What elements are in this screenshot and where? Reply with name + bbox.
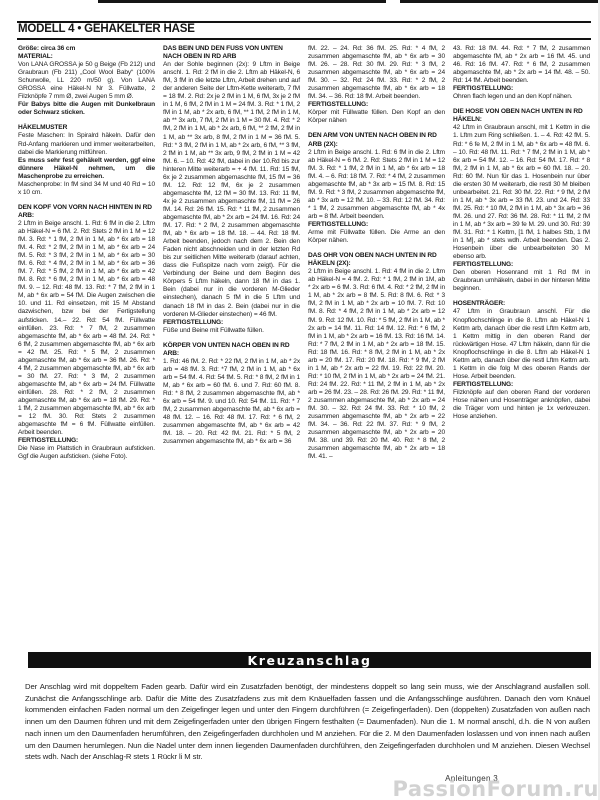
instruction-paragraph: 2 Lftm in Beige anschl. 1. Rd: 4 fM in d… [308,268,445,461]
section-heading: HÄKELMUSTER [18,124,155,132]
paragraph-spacer [308,245,445,252]
columns: Größe: circa 36 cmMATERIAL:Von LANA GROS… [18,45,592,461]
instruction-paragraph: 1. Rd: 46 fM. 2. Rd: * 22 fM, 2 fM in 1 … [163,358,300,447]
text-column-2: DAS BEIN UND DEN FUSS VON UNTEN NACH OBE… [163,45,300,461]
section-heading: FERTIGSTELLUNG: [453,381,590,389]
instruction-paragraph: Größe: circa 36 cm [18,45,155,53]
section-heading: FERTIGSTELLUNG: [308,101,445,109]
section-heading: FERTIGSTELLUNG: [453,85,590,93]
instruction-paragraph: Ohren flach legen und an den Kopf nähen. [453,93,590,101]
section-heading: DEN KOPF VON VORN NACH HINTEN IN RD ARB: [18,204,155,220]
section-heading: HOSENTRÄGER: [453,300,590,308]
cast-on-paragraph: Der Anschlag wird mit doppeltem Faden ge… [25,681,590,763]
section-heading: DIE HOSE VON OBEN NACH UNTEN IN RD HÄKEL… [453,108,590,124]
section-heading: FERTIGSTELLUNG: [18,437,155,445]
instruction-paragraph: 2 Lftm in Beige anschl. 1. Rd: 6 fM in d… [308,149,445,221]
header-rule-bottom [17,38,591,40]
paragraph-spacer [163,335,300,342]
instruction-paragraph: Den oberen Hosenrand mit 1 Rd fM in Grau… [453,269,590,293]
watermark: PassionForum.ru [393,777,599,800]
section-heading: FERTIGSTELLUNG: [163,319,300,327]
section-heading: FERTIGSTELLUNG: [308,221,445,229]
instruction-paragraph: Maschenprobe: In fM sind 34 M und 40 Rd … [18,181,155,197]
text-column-1: Größe: circa 36 cmMATERIAL:Von LANA GROS… [18,45,155,461]
page-title: MODELL 4 • GEHÄKELTER HASE [18,23,195,35]
instruction-paragraph: Von LANA GROSSA je 50 g Beige (Fb 212) u… [18,61,155,101]
section-heading: DAS BEIN UND DEN FUSS VON UNTEN NACH OBE… [163,45,300,61]
section-heading: DEN ARM VON UNTEN NACH OBEN IN RD ARB (2… [308,132,445,148]
cast-on-banner-title: Kreuzanschlag [247,653,371,668]
section-heading: KÖRPER VON UNTEN NACH OBEN IN RD ARB: [163,342,300,358]
instruction-paragraph: fM. 22. – 24. Rd: 36 fM. 25. Rd: * 4 fM,… [308,45,445,101]
paragraph-spacer [308,125,445,132]
paragraph-spacer [18,197,155,204]
instruction-paragraph: Die Nase im Plattstich in Graubraun aufs… [18,445,155,461]
section-heading: FERTIGSTELLUNG: [453,261,590,269]
instruction-paragraph: Filzknöpfe auf den oberen Rand der vorde… [453,389,590,421]
instruction-paragraph: An der Sohle beginnen (2x): 9 Lftm in Be… [163,61,300,319]
text-column-4: 43. Rd: 18 fM. 44. Rd: * 7 fM, 2 zusamme… [453,45,590,461]
instruction-paragraph: Es muss sehr fest gehäkelt werden, ggf e… [18,157,155,181]
instruction-paragraph: Arme mit Füllwatte füllen. Die Arme an d… [308,229,445,245]
scan-artifact-bar [98,0,386,3]
instruction-paragraph: 47 Lftm in Graubraun anschl. Für die Kno… [453,308,590,380]
instruction-paragraph: Körper mit Füllwatte füllen. Den Kopf an… [308,109,445,125]
paragraph-spacer [453,101,590,108]
instruction-paragraph: Füße und Beine mit Füllwatte füllen. [163,327,300,335]
instruction-paragraph: Für Babys bitte die Augen mit Dunkelbrau… [18,101,155,117]
section-heading: DAS OHR VON OBEN NACH UNTEN IN RD HÄKELN… [308,252,445,268]
section-heading: MATERIAL: [18,53,155,61]
instruction-paragraph: 42 Lftm in Graubraun anschl, mit 1 Kettm… [453,124,590,261]
scan-artifact-bar [400,0,600,3]
text-column-3: fM. 22. – 24. Rd: 36 fM. 25. Rd: * 4 fM,… [308,45,445,461]
instruction-paragraph: 2 Lftm in Beige anschl. 1. Rd: 6 fM in d… [18,220,155,437]
instruction-paragraph: Feste Maschen: In Spiralrd häkeln. Dafür… [18,132,155,156]
cast-on-banner: Kreuzanschlag [28,652,591,668]
instruction-paragraph: 43. Rd: 18 fM. 44. Rd: * 7 fM, 2 zusamme… [453,45,590,85]
magazine-page: MODELL 4 • GEHÄKELTER HASE Größe: circa … [0,0,600,800]
